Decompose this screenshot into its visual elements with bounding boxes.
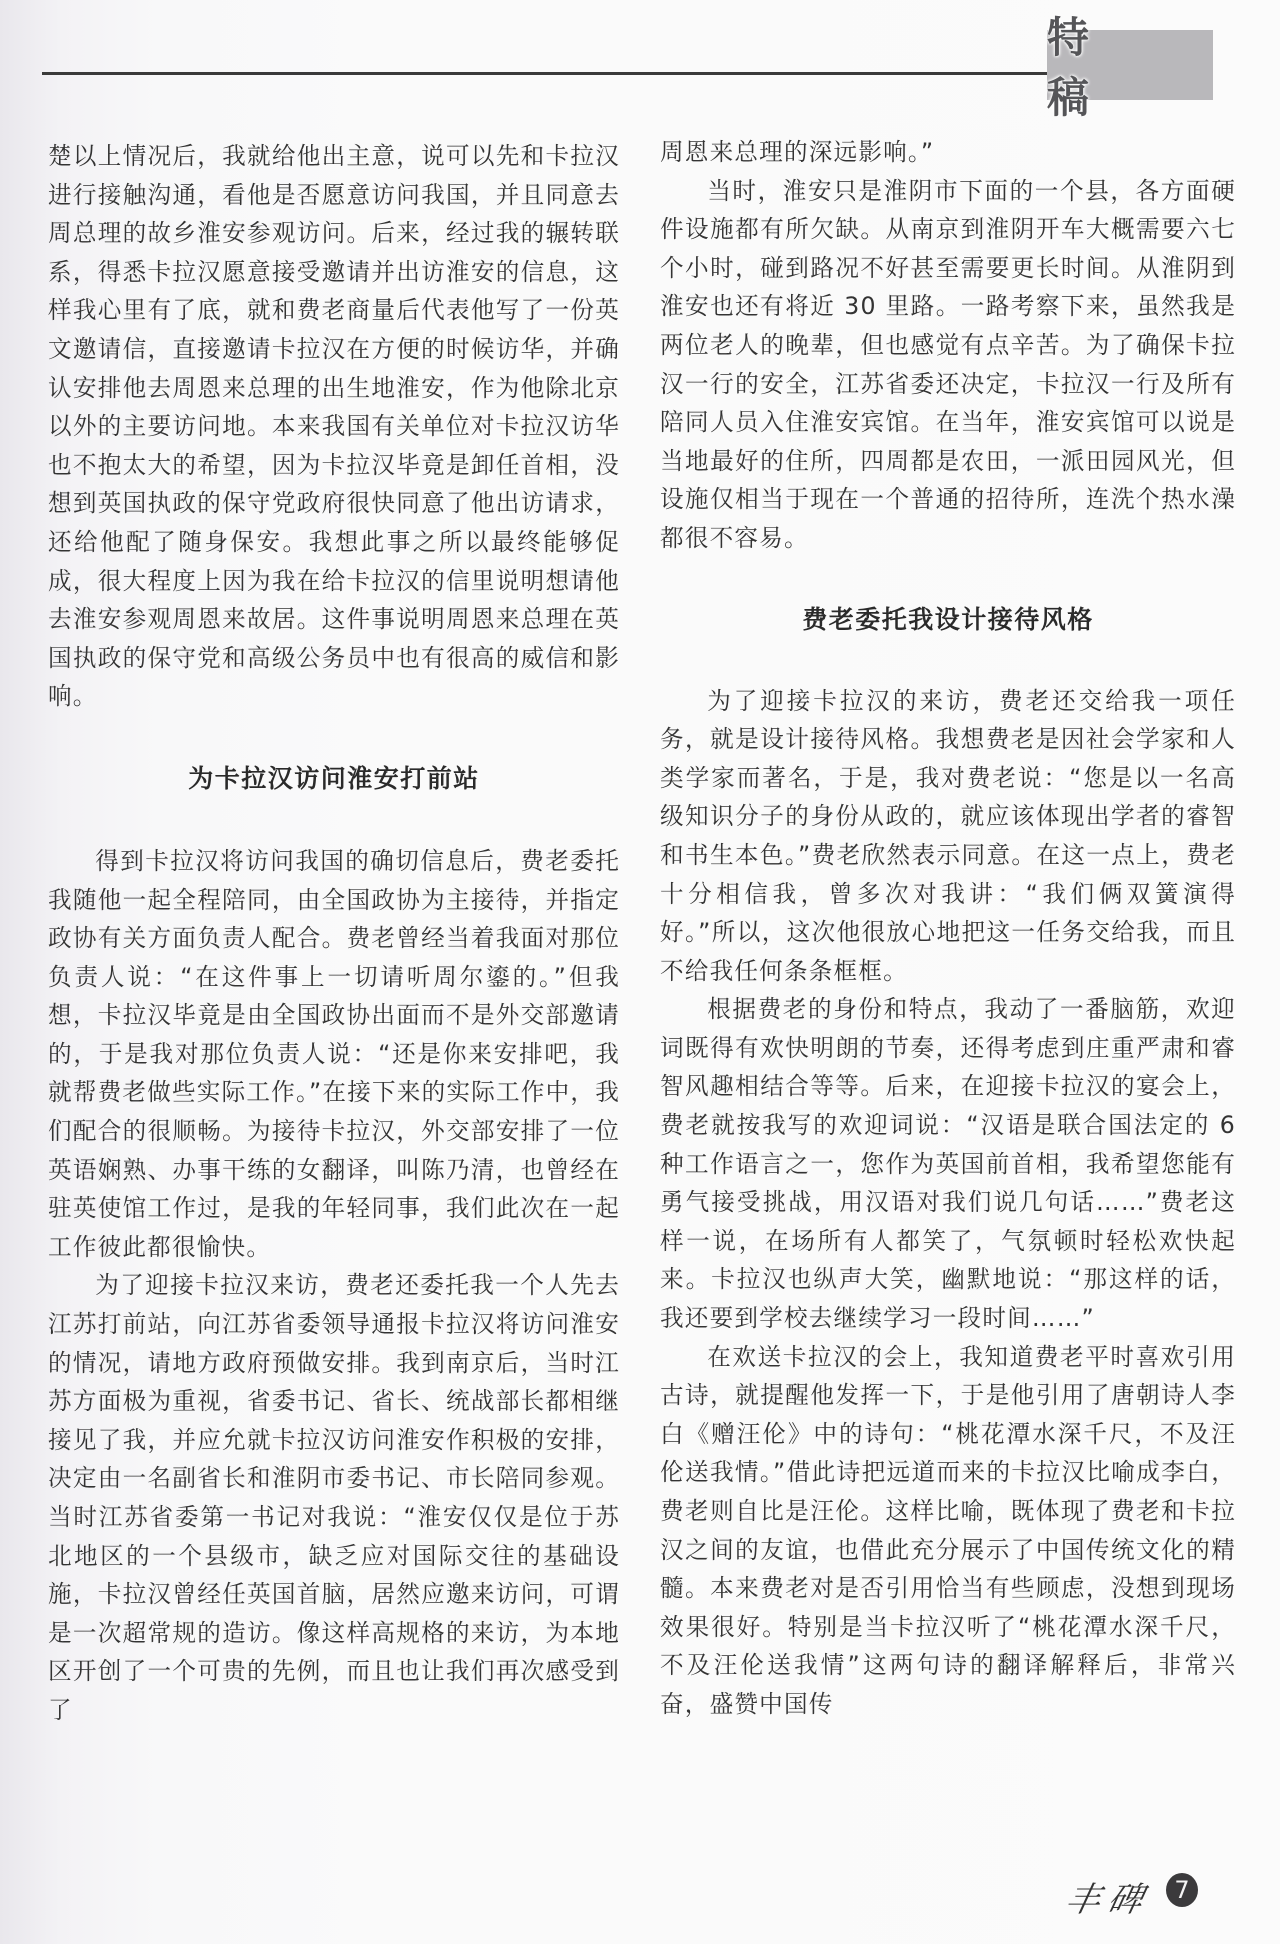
- magazine-logo: 丰碑: [1062, 1872, 1156, 1921]
- right-column: 周恩来总理的深远影响。” 当时，淮安只是淮阴市下面的一个县，各方面硬件设施都有所…: [660, 133, 1236, 1724]
- paragraph: 根据费老的身份和特点，我动了一番脑筋，欢迎词既得有欢快明朗的节奏，还得考虑到庄重…: [660, 990, 1236, 1337]
- section-heading: 为卡拉汉访问淮安打前站: [48, 716, 620, 842]
- paragraph: 在欢送卡拉汉的会上，我知道费老平时喜欢引用古诗，就提醒他发挥一下，于是他引用了唐…: [660, 1338, 1236, 1724]
- header-rule: [42, 72, 1054, 75]
- page-number: 7: [1166, 1873, 1198, 1907]
- left-column: 楚以上情况后，我就给他出主意，说可以先和卡拉汉进行接触沟通，看他是否愿意访问我国…: [48, 137, 620, 1730]
- paragraph: 周恩来总理的深远影响。”: [660, 133, 1236, 172]
- section-label: 特 稿: [1047, 5, 1251, 125]
- paragraph: 为了迎接卡拉汉来访，费老还委托我一个人先去江苏打前站，向江苏省委领导通报卡拉汉将…: [48, 1266, 620, 1729]
- section-tag: 特 稿: [1047, 30, 1213, 100]
- paragraph: 当时，淮安只是淮阴市下面的一个县，各方面硬件设施都有所欠缺。从南京到淮阴开车大概…: [660, 172, 1236, 558]
- section-heading: 费老委托我设计接待风格: [660, 558, 1236, 682]
- paragraph: 楚以上情况后，我就给他出主意，说可以先和卡拉汉进行接触沟通，看他是否愿意访问我国…: [48, 137, 620, 716]
- paragraph: 得到卡拉汉将访问我国的确切信息后，费老委托我随他一起全程陪同，由全国政协为主接待…: [48, 842, 620, 1267]
- paragraph: 为了迎接卡拉汉的来访，费老还交给我一项任务，就是设计接待风格。我想费老是因社会学…: [660, 682, 1236, 991]
